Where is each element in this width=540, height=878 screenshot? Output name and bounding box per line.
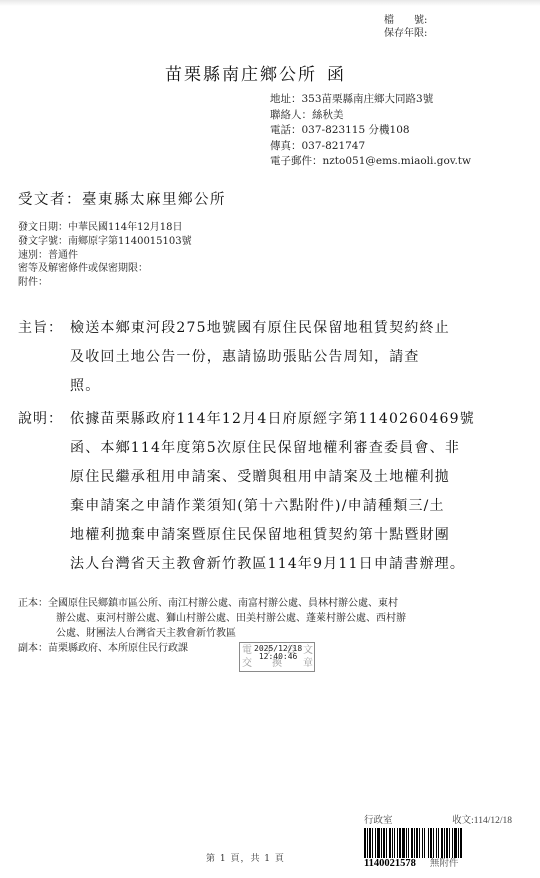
stamp-time: 12:40:46 (254, 653, 302, 661)
copy-recipients: 苗栗縣政府、本所原住民行政課 (48, 643, 188, 654)
subject-line: 檢送本鄉東河段275地號國有原住民保留地租賃契約終止 (70, 320, 450, 336)
explanation-line: 地權利拋棄申請案暨原住民保留地租賃契約第十點暨財團 (18, 521, 475, 550)
explanation-line: 棄申請案之申請作業須知(第十六點附件)/申請種類三/土 (18, 492, 475, 521)
retention-label: 保存年限: (384, 27, 427, 40)
subject-section: 主旨：檢送本鄉東河段275地號國有原住民保留地租賃契約終止 及收回土地公告一份，… (18, 314, 450, 401)
stamp-timestamp: 2025/12/18 12:40:46 (254, 645, 302, 661)
received-date: 收文:114/12/18 (452, 816, 512, 827)
electronic-exchange-stamp: 電 子 公 文 交 換 章 2025/12/18 12:40:46 (239, 642, 315, 672)
explanation-section: 說明：依據苗栗縣政府114年12月4日府原經字第1140260469號 函、本鄉… (18, 405, 475, 579)
issue-date: 發文日期：中華民國114年12月18日 (18, 221, 192, 235)
receiving-unit: 行政室 (364, 816, 393, 827)
document-title: 苗栗縣南庄鄉公所函 (165, 60, 346, 85)
explanation-line: 依據苗栗縣政府114年12月4日府原經字第1140260469號 (70, 411, 475, 427)
fax: 傳真：037-821747 (270, 139, 471, 155)
barcode-number: 1140021578 (364, 858, 416, 870)
document-number: 發文字號：南鄉原字第1140015103號 (18, 235, 192, 249)
address: 地址：353苗栗縣南庄鄉大同路3號 (270, 92, 471, 108)
recipient: 受文者：臺東縣太麻里鄉公所 (18, 188, 226, 209)
document-meta: 發文日期：中華民國114年12月18日 發文字號：南鄉原字第1140015103… (18, 221, 192, 290)
email: 電子郵件：nzto051@ems.miaoli.gov.tw (270, 154, 471, 170)
attachments: 附件： (18, 276, 192, 290)
speed-class: 速別：普通件 (18, 249, 192, 263)
original-label: 正本： (18, 598, 48, 609)
contact-block: 地址：353苗栗縣南庄鄉大同路3號 聯絡人：絲秋美 電話：037-823115 … (270, 92, 471, 170)
subject-label: 主旨： (18, 314, 70, 343)
barcode-bars (364, 828, 512, 858)
explanation-label: 說明： (18, 405, 70, 434)
explanation-line: 法人台灣省天主教會新竹教區114年9月11日申請書辦理。 (18, 550, 475, 579)
copy-label: 副本： (18, 643, 48, 654)
receipt-barcode: 行政室 收文:114/12/18 1140021578 無附件 (364, 816, 512, 870)
original-recipients: 公處、財團法人台灣省天主教會新竹教區 (18, 626, 406, 641)
attachment-note: 無附件 (430, 858, 459, 870)
stamp-char: 文 (303, 644, 313, 657)
document-type: 函 (327, 65, 346, 85)
phone: 電話：037-823115 分機108 (270, 123, 471, 139)
stamp-char: 交 (242, 657, 252, 670)
subject-line: 及收回土地公告一份，惠請協助張貼公告周知，請查 (18, 343, 450, 372)
original-recipients: 辦公處、東河村辦公處、獅山村辦公處、田美村辦公處、蓬萊村辦公處、西村辦 (18, 611, 406, 626)
top-shadow (0, 0, 540, 6)
distribution-list: 正本：全國原住民鄉鎮市區公所、南江村辦公處、南富村辦公處、員林村辦公處、東村 辦… (18, 596, 406, 656)
file-number-label: 檔 號: (384, 14, 427, 27)
stamp-char: 電 (242, 644, 252, 657)
explanation-line: 原住民繼承租用申請案、受贈與租用申請案及土地權利拋 (18, 463, 475, 492)
subject-line: 照。 (18, 372, 450, 401)
archive-info: 檔 號: 保存年限: (384, 14, 427, 40)
issuing-office: 苗栗縣南庄鄉公所 (165, 65, 317, 85)
page-footer: 第 1 頁，共 1 頁 (206, 851, 285, 864)
security-class: 密等及解密條件或保密期限： (18, 262, 192, 276)
original-recipients: 全國原住民鄉鎮市區公所、南江村辦公處、南富村辦公處、員林村辦公處、東村 (48, 598, 398, 609)
contact-person: 聯絡人：絲秋美 (270, 108, 471, 124)
explanation-line: 函、本鄉114年度第5次原住民保留地權利審查委員會、非 (18, 434, 475, 463)
stamp-char: 章 (303, 657, 313, 670)
